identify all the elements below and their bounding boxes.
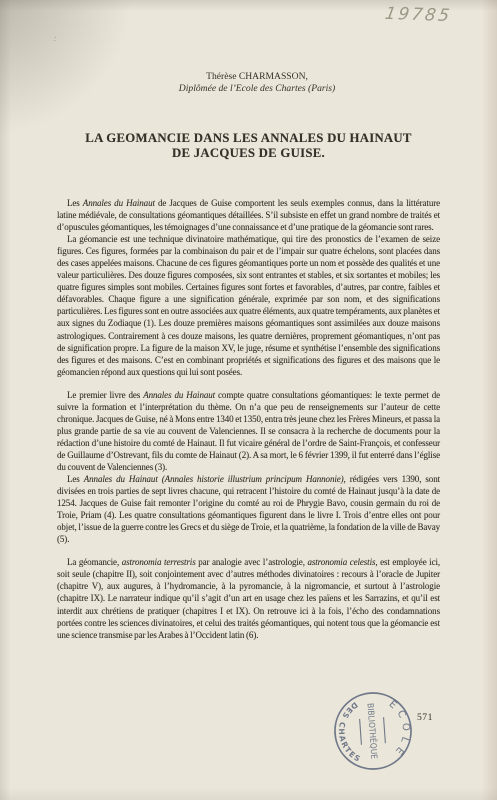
author-affiliation: Diplômée de l’Ecole des Chartes (Paris) [57, 83, 457, 95]
title-line-1: LA GEOMANCIE DANS LES ANNALES DU HAINAUT [85, 131, 411, 145]
page-number: 571 [417, 712, 433, 723]
author-block: Thérèse CHARMASSON, Diplômée de l’Ecole … [57, 71, 457, 94]
italic-run: Annales du Hainaut [143, 390, 215, 400]
stamp-center-text: BIBLIOTHÈQUE [366, 703, 381, 760]
text-run: Les [67, 474, 84, 484]
italic-run: astronomia celestis [307, 557, 375, 567]
stamp-lower-rule [360, 719, 362, 745]
stamp-arc-top-text: ECOLE [386, 698, 413, 761]
title-line-2: DE JACQUES DE GUISE. [172, 146, 325, 160]
author-name: Thérèse CHARMASSON, [57, 71, 457, 83]
italic-run: astronomia terrestris [122, 557, 196, 567]
text-run: compte quatre consultations géomantiques… [57, 390, 440, 472]
paper-speck: : [53, 33, 57, 43]
text-run: , rédigées vers 1390, sont divisées en t… [57, 474, 440, 544]
italic-run: Annales du Hainaut (Annales historie ill… [84, 474, 344, 484]
paragraph: La géomancie est une technique divinatoi… [57, 233, 440, 378]
stamp-arc-bottom-text: DES CHARTES [335, 700, 364, 766]
text-run: , est employée ici, soit seule (chapitre… [57, 557, 440, 639]
italic-run: Annales du Hainaut [83, 198, 155, 208]
text-run: Le premier livre des [67, 390, 143, 400]
text-run: La géomancie est une technique divinatoi… [57, 234, 440, 377]
paragraph: Les Annales du Hainaut (Annales historie… [57, 473, 440, 545]
text-run: Les [67, 198, 83, 208]
body-paragraphs: Les Annales du Hainaut de Jacques de Gui… [57, 197, 440, 641]
paragraph: Le premier livre des Annales du Hainaut … [57, 389, 440, 473]
scanned-page: 19785 : Thérèse CHARMASSON, Diplômée de … [0, 0, 497, 800]
handwritten-accession-number: 19785 [383, 4, 453, 26]
text-run: par analogie avec l’astrologie, [196, 557, 308, 567]
paragraph: Les Annales du Hainaut de Jacques de Gui… [57, 197, 440, 233]
stamp-upper-rule [384, 717, 386, 743]
article-title: LA GEOMANCIE DANS LES ANNALES DU HAINAUT… [0, 131, 497, 161]
text-run: La géomancie, [67, 557, 122, 567]
paragraph: La géomancie, astronomia terrestris par … [57, 556, 440, 640]
library-stamp: ECOLE DES CHARTES BIBLIOTHÈQUE [323, 681, 423, 781]
